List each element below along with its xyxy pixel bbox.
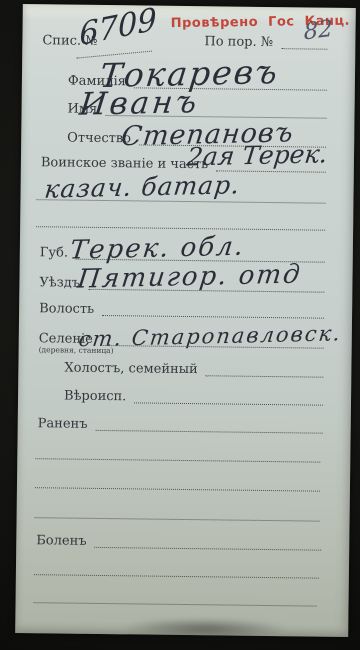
dotted-line [34,602,317,606]
order-number-label: По пор. № [204,34,273,50]
field-label-religion: Вѣроисп. [64,389,126,405]
blank-line [35,503,320,522]
field-label-wounded: Раненъ [38,416,88,432]
order-number-row: По пор. № [204,33,327,51]
list-number-handwritten: 6709 [79,1,157,53]
dotted-line [94,547,321,551]
field-label-province: Губ. [40,245,68,260]
dotted-line [95,430,322,434]
field-row-wounded: Раненъ [38,415,323,434]
dotted-line [35,458,320,462]
handwritten-first-name: Иванъ [78,84,202,123]
field-row-sick: Боленъ [36,532,321,551]
blank-line [35,444,320,463]
dotted-line [35,487,320,491]
field-label-sick: Боленъ [36,533,86,549]
dotted-line [281,48,327,50]
field-row-marital-status: Холостъ, семейный [64,360,323,379]
blank-line [34,560,319,579]
handwritten-military-unit-line1: 2ая Терек. [185,139,329,171]
handwritten-district: Пятигор. отд [76,259,304,294]
dotted-line [35,517,320,521]
dotted-line [34,574,319,578]
field-row-volost: Волость [39,300,324,319]
field-label-district: Уѣздъ [39,275,80,290]
dotted-line [206,375,324,377]
handwritten-military-unit-line2: казач. батар. [43,170,242,204]
dotted-line [36,226,325,231]
blank-line [35,473,320,492]
registry-card: Провѣрено Гос Канц. 82 Спис. № 6709 По п… [15,4,356,637]
blank-line [34,588,317,607]
dotted-line [134,402,323,405]
field-label-volost: Волость [39,301,94,317]
field-label-military-unit: Воинское званіе и часть [41,155,208,172]
dotted-line [102,315,324,319]
field-label-marital-status: Холостъ, семейный [64,361,197,378]
field-row-religion: Вѣроисп. [64,388,323,407]
blank-line [36,212,325,232]
